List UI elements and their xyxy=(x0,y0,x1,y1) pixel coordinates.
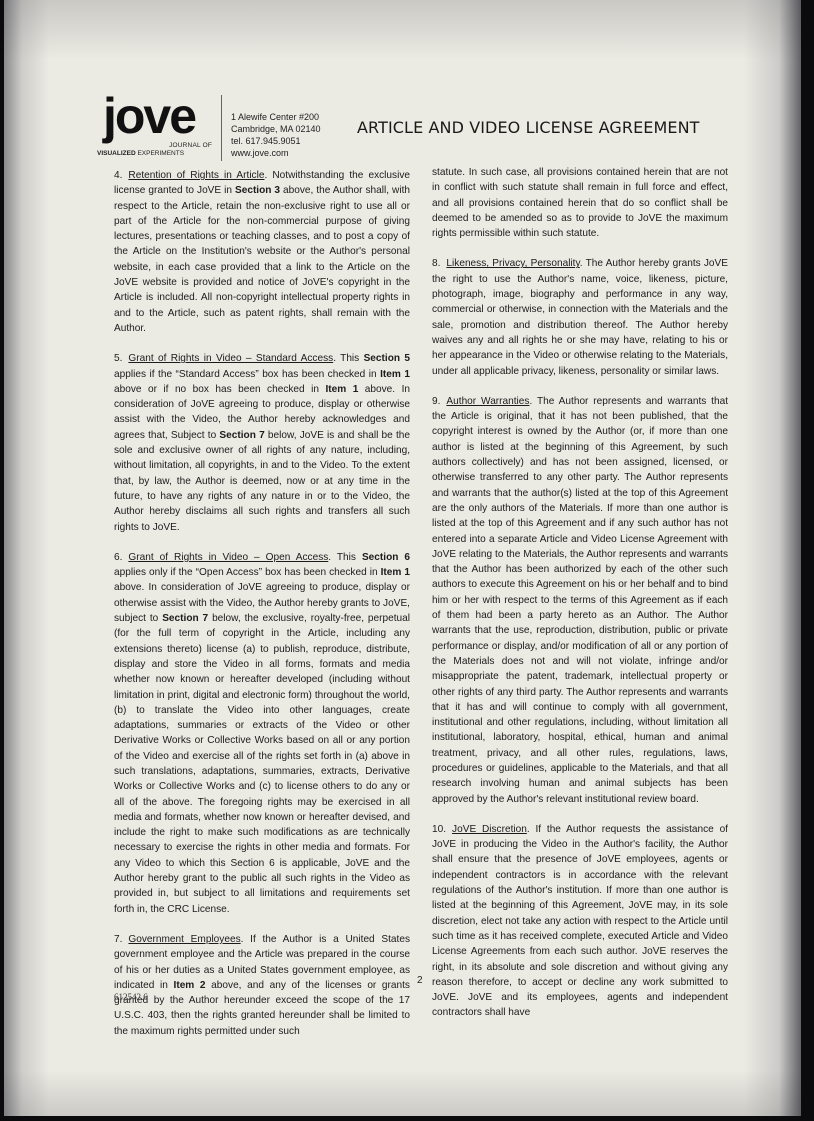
bold-reference: Section 7 xyxy=(162,613,208,624)
section-number: 10. xyxy=(432,824,446,835)
section-number: 7. xyxy=(114,934,122,945)
section-heading: Likeness, Privacy, Personality xyxy=(446,258,579,269)
section-number: 8. xyxy=(432,258,440,269)
bold-reference: Section 6 xyxy=(362,552,410,563)
right-column: statute. In such case, all provisions co… xyxy=(432,165,728,1036)
address-website: www.jove.com xyxy=(231,147,321,159)
bold-reference: Section 3 xyxy=(235,185,280,196)
section-9: 9.Author Warranties. The Author represen… xyxy=(432,394,728,807)
left-column: 4.Retention of Rights in Article. Notwit… xyxy=(114,168,410,1054)
bold-reference: Item 1 xyxy=(380,369,410,380)
bold-reference: Section 7 xyxy=(219,430,264,441)
bold-reference: Item 2 xyxy=(174,980,206,991)
logo-tagline-line1: JOURNAL OF xyxy=(169,142,212,149)
document-id: 612542.6 xyxy=(114,992,148,1002)
header-divider xyxy=(221,95,222,161)
logo-wordmark: jove xyxy=(103,91,195,141)
section-heading: Retention of Rights in Article xyxy=(128,170,264,181)
document-page: jove JOURNAL OF VISUALIZED EXPERIMENTS 1… xyxy=(4,0,801,1116)
section-10: 10.JoVE Discretion. If the Author reques… xyxy=(432,822,728,1021)
section-6: 6.Grant of Rights in Video – Open Access… xyxy=(114,550,410,917)
bold-reference: Section 5 xyxy=(364,353,410,364)
letterhead: jove JOURNAL OF VISUALIZED EXPERIMENTS 1… xyxy=(97,95,737,161)
bold-reference: Item 1 xyxy=(381,567,410,578)
section-heading: Grant of Rights in Video – Open Access xyxy=(128,552,328,563)
address-phone: tel. 617.945.9051 xyxy=(231,135,321,147)
logo-tagline-bold: VISUALIZED xyxy=(97,150,136,157)
section-heading: Author Warranties xyxy=(446,396,529,407)
jove-logo: jove JOURNAL OF VISUALIZED EXPERIMENTS xyxy=(97,97,212,159)
section-4: 4.Retention of Rights in Article. Notwit… xyxy=(114,168,410,336)
section-number: 9. xyxy=(432,396,440,407)
section-7: 7.Government Employees. If the Author is… xyxy=(114,932,410,1039)
logo-tagline-line2: VISUALIZED EXPERIMENTS xyxy=(97,150,184,157)
address-street: 1 Alewife Center #200 xyxy=(231,111,321,123)
section-8: 8.Likeness, Privacy, Personality. The Au… xyxy=(432,256,728,378)
page-number: 2 xyxy=(417,975,423,986)
section-5: 5.Grant of Rights in Video – Standard Ac… xyxy=(114,351,410,535)
section-number: 4. xyxy=(114,170,122,181)
bold-reference: Item 1 xyxy=(325,384,358,395)
section-number: 6. xyxy=(114,552,122,563)
address-city: Cambridge, MA 02140 xyxy=(231,123,321,135)
document-title: ARTICLE AND VIDEO LICENSE AGREEMENT xyxy=(357,118,700,137)
section-7-continued: statute. In such case, all provisions co… xyxy=(432,165,728,241)
section-heading: Grant of Rights in Video – Standard Acce… xyxy=(128,353,333,364)
section-heading: Government Employees xyxy=(128,934,240,945)
address-block: 1 Alewife Center #200 Cambridge, MA 0214… xyxy=(231,111,321,159)
section-number: 5. xyxy=(114,353,122,364)
logo-tagline-rest: EXPERIMENTS xyxy=(137,150,184,157)
section-heading: JoVE Discretion xyxy=(452,824,527,835)
